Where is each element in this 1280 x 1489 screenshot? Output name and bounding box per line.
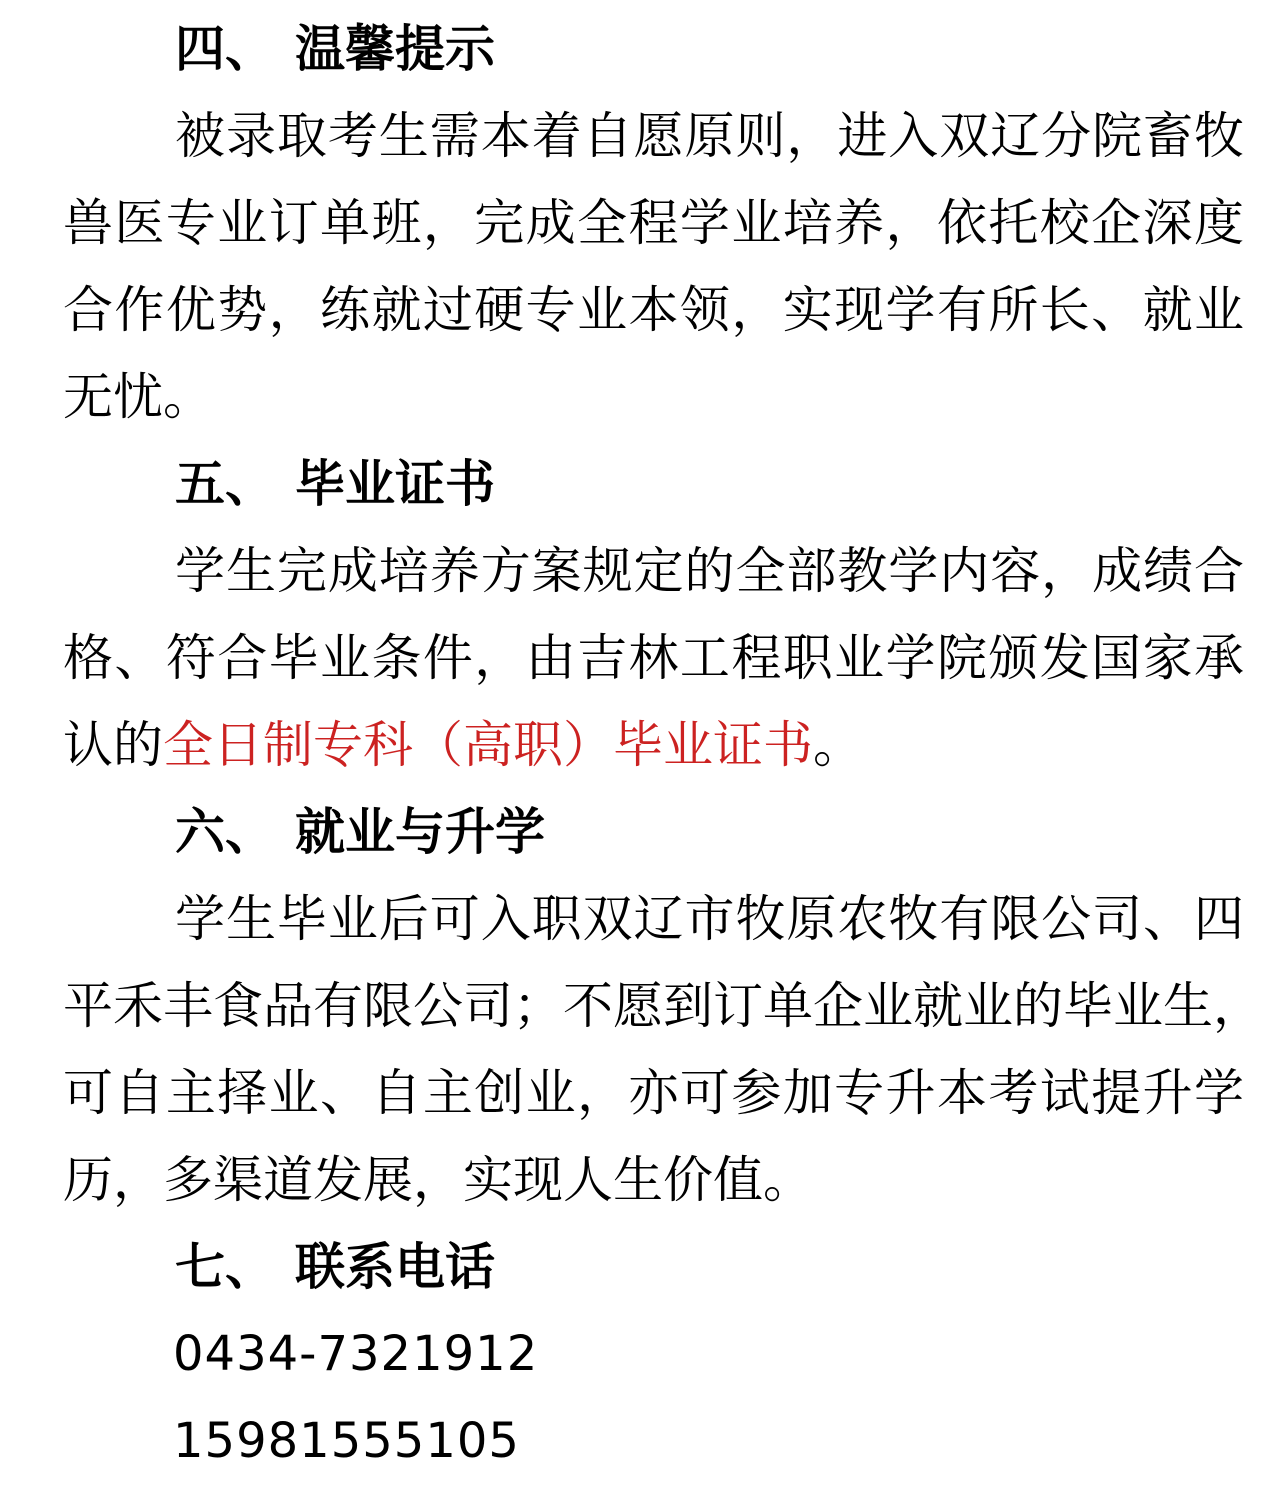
paragraph-line: 学生完成培养方案规定的全部教学内容，成绩合 — [63, 528, 1244, 615]
paragraph-line: 格、符合毕业条件，由吉林工程职业学院颁发国家承 — [63, 615, 1244, 702]
heading-title: 毕业证书 — [295, 456, 495, 512]
certificate-line-suffix: 。 — [813, 717, 863, 773]
heading-number: 六、 — [175, 804, 275, 860]
certificate-line-prefix: 认的 — [63, 717, 163, 773]
paragraph-line: 历，多渠道发展，实现人生价值。 — [63, 1137, 1244, 1224]
heading-title: 联系电话 — [295, 1239, 495, 1295]
phone-number-landline: 0434-7321912 — [63, 1311, 1244, 1398]
heading-title: 温馨提示 — [295, 21, 495, 77]
phone-number-mobile: 15981555105 — [63, 1398, 1244, 1485]
paragraph-line: 兽医专业订单班，完成全程学业培养，依托校企深度 — [63, 180, 1244, 267]
certificate-line: 认的全日制专科（高职）毕业证书。 — [63, 702, 1244, 789]
document-page: 四、温馨提示 被录取考生需本着自愿原则，进入双辽分院畜牧 兽医专业订单班，完成全… — [0, 0, 1280, 1489]
paragraph-line: 无忧。 — [63, 354, 1244, 441]
section-heading-tips: 四、温馨提示 — [63, 6, 1244, 93]
heading-number: 七、 — [175, 1239, 275, 1295]
paragraph-line: 可自主择业、自主创业，亦可参加专升本考试提升学 — [63, 1050, 1244, 1137]
paragraph-line: 平禾丰食品有限公司；不愿到订单企业就业的毕业生， — [63, 963, 1244, 1050]
section-heading-diploma: 五、毕业证书 — [63, 441, 1244, 528]
heading-title: 就业与升学 — [295, 804, 545, 860]
paragraph-line: 学生毕业后可入职双辽市牧原农牧有限公司、四 — [63, 876, 1244, 963]
certificate-highlight-text: 全日制专科（高职）毕业证书 — [163, 717, 813, 773]
paragraph-line: 合作优势，练就过硬专业本领，实现学有所长、就业 — [63, 267, 1244, 354]
heading-number: 五、 — [175, 456, 275, 512]
paragraph-line: 被录取考生需本着自愿原则，进入双辽分院畜牧 — [63, 93, 1244, 180]
heading-number: 四、 — [175, 21, 275, 77]
section-heading-contact: 七、联系电话 — [63, 1224, 1244, 1311]
section-heading-employment: 六、就业与升学 — [63, 789, 1244, 876]
